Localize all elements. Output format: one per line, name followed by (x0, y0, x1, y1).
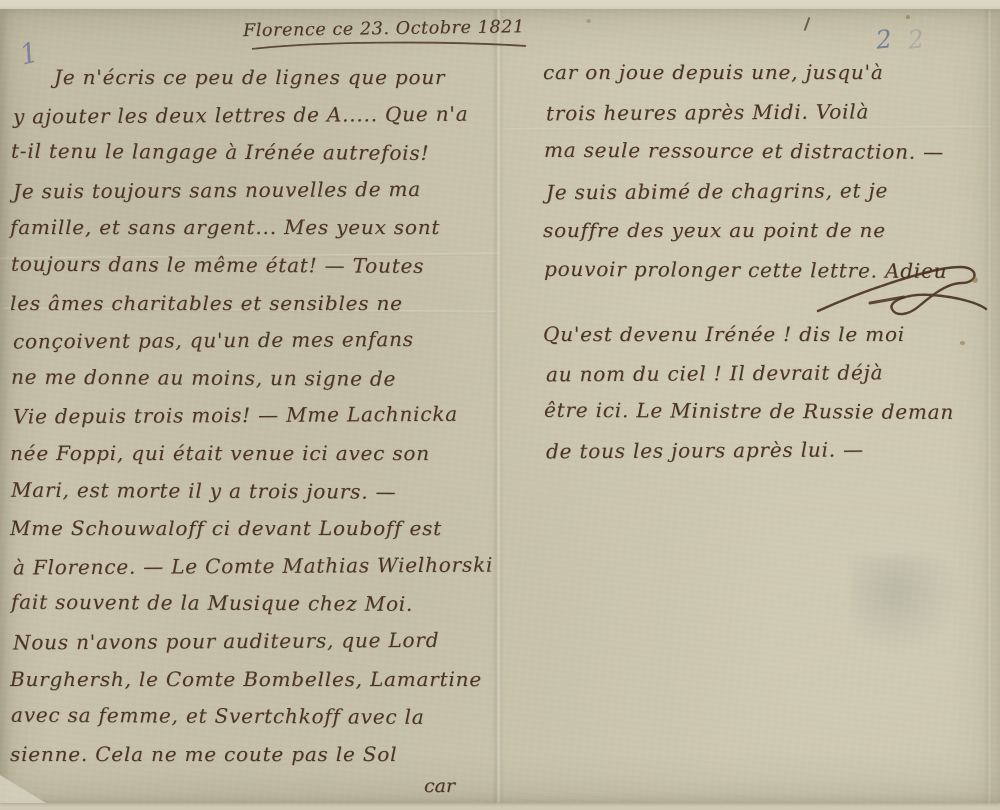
letter-line: être ici. Le Ministre de Russie deman (544, 391, 994, 432)
letter-line: famille, et sans argent... Mes yeux sont (10, 209, 496, 247)
letter-line: car on joue depuis une, jusqu'à (543, 53, 993, 93)
letter-line: fait souvent de la Musique chez Moi. (11, 584, 497, 624)
letter-line: Vie depuis trois mois! — Mme Lachnicka (13, 396, 499, 437)
letter-line: conçoivent pas, qu'un de mes enfans (13, 321, 499, 362)
letter-line: sienne. Cela ne me coute pas le Sol (10, 736, 496, 774)
dateline: Florence ce 23. Octobre 1821 (243, 17, 543, 41)
foxing-spot (586, 19, 591, 23)
letter-line: au nom du ciel ! Il devrait déjà (546, 352, 996, 393)
pen-tick-mark (804, 17, 811, 31)
letter-line: Je suis toujours sans nouvelles de ma (13, 170, 499, 211)
letter-line: à Florence. — Le Comte Mathias Wielhorsk… (13, 546, 499, 587)
letter-line: Mme Schouwaloff ci devant Louboff est (10, 510, 496, 548)
letter-line: ma seule ressource et distraction. — (544, 131, 994, 173)
letter-line: souffre des yeux au point de ne (543, 211, 993, 251)
ink-show-through-smudge (852, 557, 962, 657)
letter-line: Burghersh, le Comte Bombelles, Lamartine (10, 661, 496, 699)
letter-line: Nous n'avons pour auditeurs, que Lord (13, 621, 499, 662)
letter-line: Qu'est devenu Irénée ! dis le moi (543, 315, 993, 354)
page2-paragraph-2: Qu'est devenu Irénée ! dis le moi au nom… (543, 315, 993, 469)
foxing-spot (906, 15, 910, 19)
letter-line: trois heures après Midi. Voilà (546, 91, 996, 133)
page-number-annotation-2-offset-ghost: 2 (907, 24, 926, 55)
foxing-spot (972, 277, 978, 283)
foxing-spot (960, 341, 965, 345)
letter-line: avec sa femme, et Svertchkoff avec la (11, 697, 497, 737)
letter-line: Mari, est morte il y a trois jours. — (11, 471, 497, 511)
letter-line: les âmes charitables et sensibles ne (10, 285, 496, 323)
letter-line: y ajouter les deux lettres de A..... Que… (13, 95, 499, 136)
letter-line: Je n'écris ce peu de lignes que pour (10, 59, 496, 97)
letter-line: t-il tenu le langage à Irénée autrefois! (11, 133, 497, 173)
manuscript-scan: 1 Florence ce 23. Octobre 1821 Je n'écri… (0, 0, 1000, 810)
letter-line: née Foppi, qui était venue ici avec son (10, 435, 496, 473)
page1-body-text: Je n'écris ce peu de lignes que pour y a… (10, 59, 496, 773)
letter-line: toujours dans le même état! — Toutes (11, 246, 497, 286)
letter-sheet: 1 Florence ce 23. Octobre 1821 Je n'écri… (0, 9, 1000, 803)
dateline-underline (250, 39, 530, 53)
corner-cut (0, 775, 46, 803)
letter-line: Je suis abimé de chagrins, et je (546, 170, 996, 212)
catchword: car (424, 775, 455, 797)
letter-line: de tous les jours après lui. — (546, 429, 996, 470)
letter-line: ne me donne au moins, un signe de (11, 358, 497, 398)
page-number-annotation-2: 2 (875, 24, 894, 55)
